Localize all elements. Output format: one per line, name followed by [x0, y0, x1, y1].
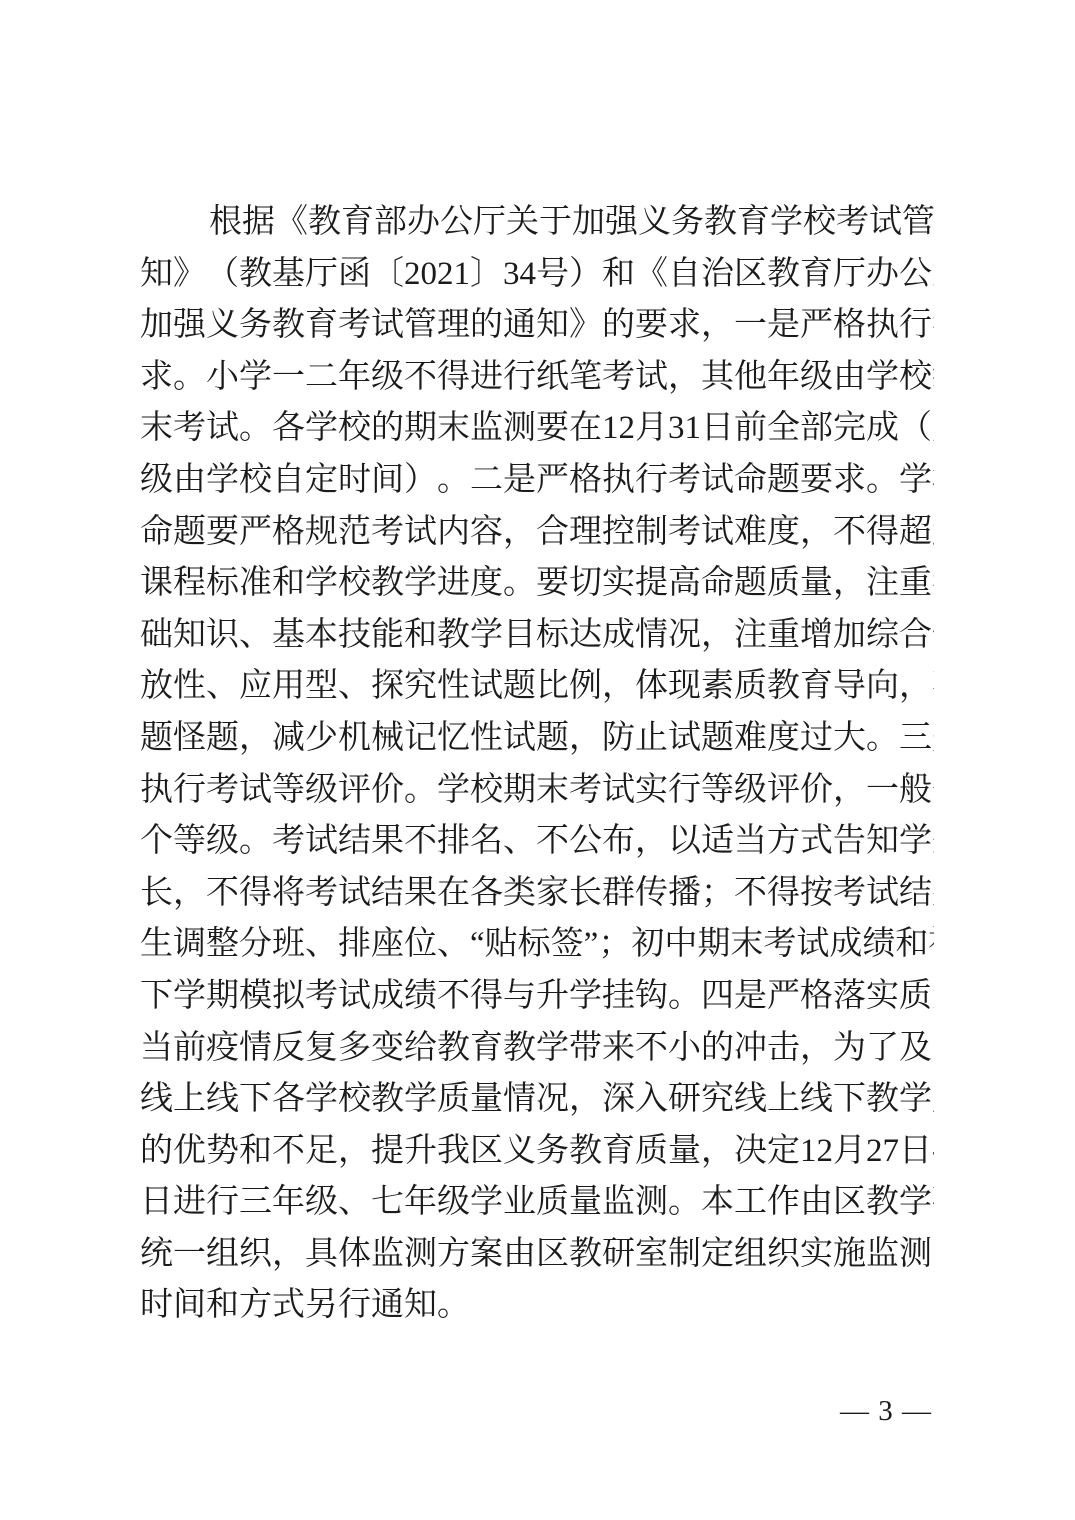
text-token: 成 [602, 610, 635, 662]
text-token: 生 [140, 919, 173, 971]
text-token: 严 [536, 455, 569, 507]
text-token: 的 [371, 403, 404, 455]
text-token: 决 [734, 1126, 767, 1178]
text-token: 义 [503, 1126, 536, 1178]
text-token: 容 [470, 507, 503, 559]
text-token: 教 [308, 197, 341, 249]
text-token: 度 [470, 558, 503, 610]
text-token: 区 [536, 1229, 569, 1281]
text-token: 监 [602, 1177, 635, 1229]
text-token: 据 [242, 197, 275, 249]
text-token: 告 [833, 816, 866, 868]
text-token: 不 [536, 816, 569, 868]
text-token: 教 [371, 1074, 404, 1126]
text-token: ， [800, 1023, 833, 1075]
text-token: 教 [704, 197, 737, 249]
text-token: 管 [404, 300, 437, 352]
text-line: 根据《教育部办公厅关于加强义务教育学校考试管理的通 [140, 197, 934, 249]
text-token: 况 [668, 610, 701, 662]
text-token: 群 [602, 868, 635, 920]
text-token: 行 [635, 455, 668, 507]
text-token: 务 [239, 300, 272, 352]
text-token: 试 [866, 868, 899, 920]
text-token: 用 [272, 661, 305, 713]
text-token: 求 [668, 300, 701, 352]
text-token: 作 [767, 1177, 800, 1229]
text-token: 能 [371, 610, 404, 662]
text-line: 日进行三年级、七年级学业质量监测。本工作由区教学研究室 [140, 1177, 934, 1229]
text-token: 、 [239, 610, 272, 662]
text-token: 义 [638, 197, 671, 249]
text-token: 学 [470, 1177, 503, 1229]
text-token: 当 [140, 1023, 173, 1075]
text-token: 分 [932, 765, 934, 817]
text-token: 根 [209, 197, 242, 249]
text-token: 末 [730, 919, 763, 971]
text-token: 座 [371, 919, 404, 971]
text-token: 年 [404, 1177, 437, 1229]
text-token: 升 [404, 1126, 437, 1178]
text-token: 格 [800, 971, 833, 1023]
text-token: 学 [770, 197, 803, 249]
text-token: ” [584, 919, 599, 971]
text-token: ， [602, 661, 635, 713]
text-token: 研 [932, 1177, 934, 1229]
text-token: 考 [836, 197, 869, 249]
text-token: 果 [404, 868, 437, 920]
text-token: 。 [866, 713, 899, 765]
text-token: ， [635, 816, 668, 868]
text-token: 名 [470, 816, 503, 868]
text-token: 教 [866, 1177, 899, 1229]
text-token: 性 [173, 661, 206, 713]
text-token: 了 [866, 1023, 899, 1075]
text-token: 播 [668, 868, 701, 920]
text-token: 给 [404, 1023, 437, 1075]
text-token: ， [338, 1126, 371, 1178]
text-token: 中 [664, 919, 697, 971]
text-token: 线 [800, 1074, 833, 1126]
text-token: 般 [899, 765, 932, 817]
text-token: 拟 [272, 971, 305, 1023]
text-token: 究 [404, 661, 437, 713]
text-token: 题 [767, 455, 800, 507]
text-token: 和 [206, 1280, 239, 1332]
text-token: 记 [404, 713, 437, 765]
text-token: 加 [140, 300, 173, 352]
text-token: 提 [635, 558, 668, 610]
text-token: 行 [338, 1280, 371, 1332]
text-token: 分 [239, 919, 272, 971]
text-token: ） [569, 249, 602, 301]
text-token: 增 [800, 610, 833, 662]
text-token: 务 [671, 197, 704, 249]
text-token: 学 [899, 1177, 932, 1229]
text-token: 性 [470, 713, 503, 765]
text-token: 四 [701, 971, 734, 1023]
text-token: 号 [536, 249, 569, 301]
text-token: 控 [602, 507, 635, 559]
text-token: 不 [404, 816, 437, 868]
text-token: 个 [140, 816, 173, 868]
text-token: 线 [734, 1074, 767, 1126]
text-token: 学 [536, 1023, 569, 1075]
text-token: 学 [569, 971, 602, 1023]
text-token: 不 [272, 1126, 305, 1178]
text-token: 校 [470, 765, 503, 817]
text-token: 机 [338, 713, 371, 765]
text-token: 学 [404, 1074, 437, 1126]
text-token: 、 [338, 1177, 371, 1229]
text-token: 》 [173, 249, 206, 301]
text-token: 素 [701, 661, 734, 713]
text-token: 研 [668, 1074, 701, 1126]
text-token: 题 [503, 661, 536, 713]
text-token: 果 [371, 816, 404, 868]
text-token: ， [932, 1229, 934, 1281]
text-token: 贴 [485, 919, 518, 971]
text-token: 为 [833, 1023, 866, 1075]
text-token: 试 [602, 765, 635, 817]
text-line: 题怪题，减少机械记忆性试题，防止试题难度过大。三是严格 [140, 713, 934, 765]
text-token: 度 [767, 507, 800, 559]
text-token: 止 [635, 713, 668, 765]
text-token: 将 [272, 868, 305, 920]
text-token: 题 [536, 713, 569, 765]
text-token: ， [272, 1229, 305, 1281]
text-token: 量 [470, 1074, 503, 1126]
text-line: 执行考试等级评价。学校期末考试实行等级评价，一般分4至5 [140, 765, 934, 817]
text-token: 试 [338, 971, 371, 1023]
text-token: 升 [536, 971, 569, 1023]
text-token: 一 [734, 300, 767, 352]
text-token: 内 [437, 507, 470, 559]
text-token: 结 [371, 868, 404, 920]
text-token: 技 [338, 610, 371, 662]
text-token: 试 [338, 868, 371, 920]
text-token: 监 [866, 1229, 899, 1281]
text-token: 的 [470, 300, 503, 352]
text-token: 级 [437, 1177, 470, 1229]
text-token: 不 [404, 352, 437, 404]
text-token: 》 [569, 300, 602, 352]
text-token: 向 [866, 661, 899, 713]
text-token: 实 [602, 558, 635, 610]
text-token: 下 [833, 1074, 866, 1126]
text-token: 初 [631, 919, 664, 971]
text-token: 学 [305, 558, 338, 610]
text-token: 12 [800, 1126, 833, 1178]
text-token: 学 [404, 558, 437, 610]
text-token: 考 [305, 868, 338, 920]
text-token: 高 [668, 558, 701, 610]
text-token: 的 [602, 300, 635, 352]
text-token: 测 [635, 1177, 668, 1229]
text-token: ， [701, 1126, 734, 1178]
text-token: 课 [140, 558, 173, 610]
text-token: 试 [668, 713, 701, 765]
text-token: 期 [404, 403, 437, 455]
text-token: 前 [734, 403, 767, 455]
text-token: 初 [928, 919, 934, 971]
text-token: 期 [503, 765, 536, 817]
text-line: 础知识、基本技能和教学目标达成情况，注重增加综合性、开 [140, 610, 934, 662]
text-token: 自 [668, 249, 701, 301]
text-token: 难 [734, 507, 767, 559]
text-token: 行 [668, 765, 701, 817]
text-token: 。 [866, 455, 899, 507]
text-token: 由 [503, 1229, 536, 1281]
text-token: 情 [239, 1023, 272, 1075]
text-token: 长 [569, 868, 602, 920]
text-token: 题 [701, 713, 734, 765]
text-token: 绩 [404, 971, 437, 1023]
text-token: 他 [734, 352, 767, 404]
text-token: 定 [305, 455, 338, 507]
text-token: 31 [668, 403, 701, 455]
text-token: 管 [902, 197, 934, 249]
text-token: 入 [635, 1074, 668, 1126]
text-token: 教 [437, 610, 470, 662]
text-token: 一 [866, 765, 899, 817]
text-token: 业 [503, 1177, 536, 1229]
text-token: ） [404, 455, 437, 507]
text-line: 末考试。各学校的期末监测要在12月31日前全部完成（九年 [140, 403, 934, 455]
text-token: 考 [371, 507, 404, 559]
text-token: 厅 [305, 249, 338, 301]
text-token: 放 [140, 661, 173, 713]
text-token: 考 [338, 300, 371, 352]
text-token: 《 [635, 249, 668, 301]
text-token: 校 [239, 455, 272, 507]
text-token: 试 [701, 507, 734, 559]
text-token: 加 [572, 197, 605, 249]
text-token: 上 [767, 1074, 800, 1126]
text-token: 末 [437, 403, 470, 455]
text-token: 行 [173, 765, 206, 817]
text-token: 公 [569, 816, 602, 868]
text-token: 。 [668, 1177, 701, 1229]
text-token: 办 [407, 197, 440, 249]
text-token: 价 [371, 765, 404, 817]
text-token: 排 [338, 919, 371, 971]
page-number: — 3 — [840, 1391, 932, 1431]
text-token: 格 [833, 300, 866, 352]
text-token: 标 [536, 610, 569, 662]
text-token: ， [899, 661, 932, 713]
text-token: 重 [767, 610, 800, 662]
text-token: 学 [470, 610, 503, 662]
text-token: 题 [734, 558, 767, 610]
text-token: 方 [437, 1229, 470, 1281]
text-token: 在 [437, 868, 470, 920]
text-token: 与 [503, 971, 536, 1023]
text-token: 注 [734, 610, 767, 662]
text-token: 小 [668, 1023, 701, 1075]
text-token: 、 [338, 661, 371, 713]
text-token: 日 [899, 1126, 932, 1178]
text-token: 冲 [734, 1023, 767, 1075]
text-token: 考 [763, 919, 796, 971]
text-token: 〕 [470, 249, 503, 301]
text-token: 案 [470, 1229, 503, 1281]
text-token: 当 [734, 816, 767, 868]
text-token: 注 [866, 558, 899, 610]
text-token: 一 [173, 1229, 206, 1281]
text-token: 试 [470, 661, 503, 713]
text-token: 、 [206, 661, 239, 713]
text-token: 区 [470, 1126, 503, 1178]
text-token: 质 [899, 971, 932, 1023]
text-token: 长 [140, 868, 173, 920]
text-token: 施 [833, 1229, 866, 1281]
text-token: 方 [767, 816, 800, 868]
text-token: 〔 [371, 249, 404, 301]
text-token: 本 [701, 1177, 734, 1229]
text-token: 以 [668, 816, 701, 868]
text-token: 击 [767, 1023, 800, 1075]
text-token: 育 [800, 249, 833, 301]
text-token: 织 [239, 1229, 272, 1281]
text-token: 比 [536, 661, 569, 713]
text-token: 考 [668, 455, 701, 507]
text-token: 要 [206, 507, 239, 559]
text-token: 落 [833, 971, 866, 1023]
text-token: 函 [338, 249, 371, 301]
text-token: 室 [635, 1229, 668, 1281]
text-token: 复 [305, 1023, 338, 1075]
text-token: 识 [206, 610, 239, 662]
text-token: 级 [206, 816, 239, 868]
text-token: 学 [899, 455, 932, 507]
text-token: 成 [371, 971, 404, 1023]
text-token: 二 [470, 455, 503, 507]
text-token: 和 [602, 249, 635, 301]
text-token: 定 [767, 1126, 800, 1178]
text-token: 达 [569, 610, 602, 662]
text-token: 34 [503, 249, 536, 301]
text-token: 防 [602, 713, 635, 765]
text-token: 教 [569, 1126, 602, 1178]
text-line: 放性、应用型、探究性试题比例，体现素质教育导向，不出偏 [140, 661, 934, 713]
text-token: 要 [536, 558, 569, 610]
text-token: 成 [829, 919, 862, 971]
text-token: 格 [272, 507, 305, 559]
text-token: 大 [833, 713, 866, 765]
text-token: 钩 [635, 971, 668, 1023]
text-token: 不 [206, 868, 239, 920]
text-line: 的优势和不足，提升我区义务教育质量，决定12月27日-28 [140, 1126, 934, 1178]
text-token: 学 [173, 971, 206, 1023]
text-token: 组 [206, 1229, 239, 1281]
text-token: 试 [305, 816, 338, 868]
text-token: 制 [668, 1229, 701, 1281]
text-token: 学 [239, 352, 272, 404]
text-token: 三 [239, 1177, 272, 1229]
text-token: 绩 [862, 919, 895, 971]
text-token: 超 [899, 507, 932, 559]
text-token: 。 [503, 558, 536, 610]
text-line: 个等级。考试结果不排名、不公布，以适当方式告知学生和家 [140, 816, 934, 868]
text-token: 适 [701, 816, 734, 868]
text-token: 体 [635, 661, 668, 713]
text-token: 型 [305, 661, 338, 713]
text-token: 教 [272, 300, 305, 352]
text-token: 疫 [206, 1023, 239, 1075]
text-token: 标 [206, 558, 239, 610]
text-line: 长，不得将考试结果在各类家长群传播；不得按考试结果给学 [140, 868, 934, 920]
text-token: 学 [866, 352, 899, 404]
text-token: 和 [895, 919, 928, 971]
text-token: 是 [503, 455, 536, 507]
text-token: 行 [899, 300, 932, 352]
text-token: 调 [173, 919, 206, 971]
text-token: 例 [569, 661, 602, 713]
text-token: 严 [800, 300, 833, 352]
text-token: 定 [701, 1229, 734, 1281]
text-token: 和 [404, 610, 437, 662]
text-token: 27 [866, 1126, 899, 1178]
text-token: 育 [470, 1023, 503, 1075]
text-token: 期 [697, 919, 730, 971]
text-token: 教 [239, 249, 272, 301]
text-token: 考 [173, 403, 206, 455]
text-token: 不 [734, 868, 767, 920]
text-token: 量 [932, 971, 934, 1023]
text-token: 监 [371, 1229, 404, 1281]
text-token: 部 [800, 403, 833, 455]
text-token: 年 [767, 352, 800, 404]
text-token: 务 [536, 1126, 569, 1178]
text-token: 考 [668, 507, 701, 559]
body-paragraph: 根据《教育部办公厅关于加强义务教育学校考试管理的通知》（教基厅函〔2021〕34… [140, 197, 934, 1332]
text-token: 结 [899, 868, 932, 920]
text-token: 理 [437, 300, 470, 352]
text-token: 知 [866, 816, 899, 868]
text-token: 目 [503, 610, 536, 662]
text-token: 学 [899, 1074, 932, 1126]
text-token: 得 [866, 507, 899, 559]
text-line: 知》（教基厅函〔2021〕34号）和《自治区教育厅办公室关于 [140, 249, 934, 301]
text-token: 体 [338, 1229, 371, 1281]
text-token: 教 [866, 1074, 899, 1126]
text-token: 间 [371, 455, 404, 507]
text-token: ， [833, 765, 866, 817]
text-token: 命 [734, 455, 767, 507]
text-token: ； [701, 868, 734, 920]
text-token: 位 [404, 919, 437, 971]
text-token: 研 [602, 1229, 635, 1281]
text-token: 通 [503, 300, 536, 352]
text-token: 式 [272, 1280, 305, 1332]
text-line: 求。小学一二年级不得进行纸笔考试，其他年级由学校组织期 [140, 352, 934, 404]
text-token: 由 [833, 352, 866, 404]
text-token: 考 [602, 352, 635, 404]
text-token: 家 [536, 868, 569, 920]
text-token: 等 [173, 816, 206, 868]
text-token: 难 [734, 713, 767, 765]
text-token: 类 [503, 868, 536, 920]
text-token: 按 [800, 868, 833, 920]
text-token: 日 [701, 403, 734, 455]
text-token: 笔 [569, 352, 602, 404]
text-token: 考 [932, 558, 934, 610]
text-token: 学 [437, 765, 470, 817]
text-token: 织 [767, 1229, 800, 1281]
text-token: 综 [866, 610, 899, 662]
text-token: 要 [536, 403, 569, 455]
text-line: 下学期模拟考试成绩不得与升学挂钩。四是严格落实质量监测。 [140, 971, 934, 1023]
